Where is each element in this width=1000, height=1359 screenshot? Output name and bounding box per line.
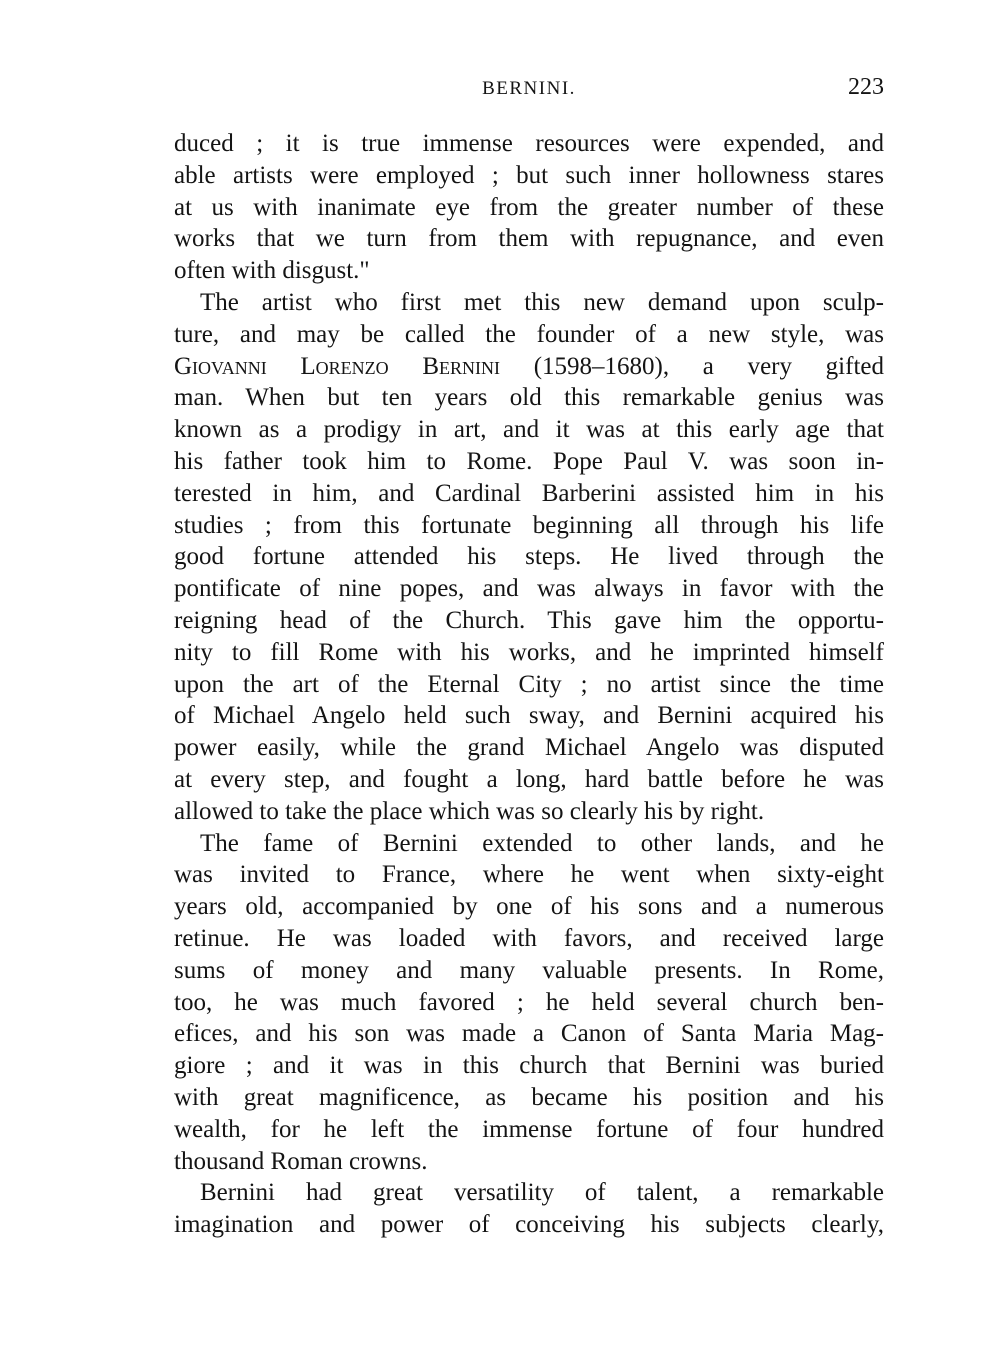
text-line: was invited to France, where he went whe…: [174, 859, 884, 891]
text-line: imagination and power of conceiving his …: [174, 1209, 884, 1241]
text-line: at every step, and fought a long, hard b…: [174, 764, 884, 796]
text-line: giore ; and it was in this church that B…: [174, 1050, 884, 1082]
page-number: 223: [848, 74, 884, 101]
body-text: duced ; it is true immense resources wer…: [174, 128, 884, 1241]
paragraph: The artist who first met this new demand…: [174, 287, 884, 828]
text-line: too, he was much favored ; he held sever…: [174, 987, 884, 1019]
text-line: his father took him to Rome. Pope Paul V…: [174, 446, 884, 478]
text-line: terested in him, and Cardinal Barberini …: [174, 478, 884, 510]
text-line: duced ; it is true immense resources wer…: [174, 128, 884, 160]
text-line: Bernini had great versatility of talent,…: [174, 1177, 884, 1209]
text-line: years old, accompanied by one of his son…: [174, 891, 884, 923]
text-line: allowed to take the place which was so c…: [174, 796, 884, 828]
text-line: at us with inanimate eye from the greate…: [174, 192, 884, 224]
text-line: The artist who first met this new demand…: [174, 287, 884, 319]
name-dates: (1598–1680), a very gifted: [500, 353, 884, 380]
text-line: ture, and may be called the founder of a…: [174, 319, 884, 351]
text-line: with great magnificence, as became his p…: [174, 1082, 884, 1114]
running-title: BERNINI.: [174, 78, 884, 100]
text-line: power easily, while the grand Michael An…: [174, 732, 884, 764]
paragraph: The fame of Bernini extended to other la…: [174, 828, 884, 1178]
text-line: retinue. He was loaded with favors, and …: [174, 923, 884, 955]
paragraph: duced ; it is true immense resources wer…: [174, 128, 884, 287]
text-line: reigning head of the Church. This gave h…: [174, 605, 884, 637]
running-head: BERNINI. 223: [174, 78, 884, 108]
text-line: works that we turn from them with repugn…: [174, 223, 884, 255]
text-line: able artists were employed ; but such in…: [174, 160, 884, 192]
paragraph: Bernini had great versatility of talent,…: [174, 1177, 884, 1241]
text-line: upon the art of the Eternal City ; no ar…: [174, 669, 884, 701]
text-line: efices, and his son was made a Canon of …: [174, 1018, 884, 1050]
text-line: The fame of Bernini extended to other la…: [174, 828, 884, 860]
text-line: studies ; from this fortunate beginning …: [174, 510, 884, 542]
text-line: sums of money and many valuable presents…: [174, 955, 884, 987]
text-line: of Michael Angelo held such sway, and Be…: [174, 700, 884, 732]
text-line: wealth, for he left the immense fortune …: [174, 1114, 884, 1146]
text-line: thousand Roman crowns.: [174, 1146, 884, 1178]
text-line-name: Giovanni Lorenzo Bernini (1598–1680), a …: [174, 351, 884, 383]
person-name: Giovanni Lorenzo Bernini: [174, 353, 500, 380]
text-line: nity to fill Rome with his works, and he…: [174, 637, 884, 669]
text-line: often with disgust.": [174, 255, 884, 287]
text-line: known as a prodigy in art, and it was at…: [174, 414, 884, 446]
text-line: good fortune attended his steps. He live…: [174, 541, 884, 573]
book-page: BERNINI. 223 duced ; it is true immense …: [0, 0, 1000, 1359]
text-line: pontificate of nine popes, and was alway…: [174, 573, 884, 605]
text-line: man. When but ten years old this remarka…: [174, 382, 884, 414]
